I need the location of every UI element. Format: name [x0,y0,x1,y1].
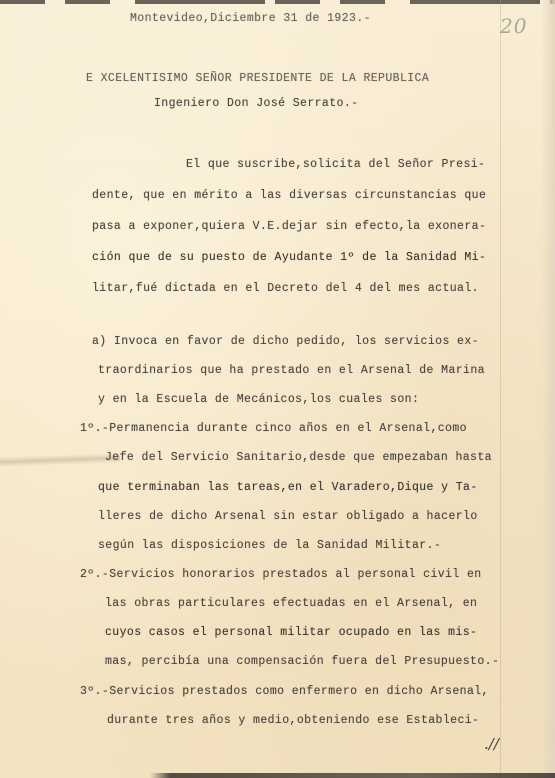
handwritten-page-number: 20 [500,14,527,38]
addressee-name: Ingeniero Don José Serrato.- [154,97,358,111]
continuation-mark: .// [484,735,499,753]
item-1-line: lleres de dicho Arsenal sin estar obliga… [98,510,478,524]
item-1-line: 1º.-Permanencia durante cinco años en el… [80,422,467,436]
item-3-line: durante tres años y medio,obteniendo ese… [107,714,479,728]
intro-line: El que suscribe,solicita del Señor Presi… [186,158,485,172]
item-3-line: 3º.-Servicios prestados como enfermero e… [80,685,489,699]
item-1-line: según las disposiciones de la Sanidad Mi… [98,539,441,553]
addressee-title: E XCELENTISIMO SEÑOR PRESIDENTE DE LA RE… [86,72,429,86]
date-line: Montevideo,Diciembre 31 de 1923.- [130,12,371,26]
intro-line: pasa a exponer,quiera V.E.dejar sin efec… [92,220,486,234]
page-edge-shadow [541,0,555,778]
torn-top-edge [0,0,555,4]
item-2-line: 2º.-Servicios honorarios prestados al pe… [80,568,482,582]
item-2-line: cuyos casos el personal militar ocupado … [105,626,477,640]
item-2-line: mas, percibía una compensación fuera del… [105,655,499,669]
paper-fold-mark [0,453,120,467]
item-2-line: las obras particulares efectuadas en el … [105,597,477,611]
intro-line: dente, que en mérito a las diversas circ… [92,189,486,203]
intro-line: litar,fué dictada en el Decreto del 4 de… [92,282,479,296]
item-1-line: que terminaban las tareas,en el Varadero… [98,481,478,495]
section-a-line: a) Invoca en favor de dicho pedido, los … [92,335,479,349]
item-1-line: Jefe del Servicio Sanitario,desde que em… [105,451,492,465]
intro-line: ción que de su puesto de Ayudante 1º de … [92,251,486,265]
section-a-line: traordinarios que ha prestado en el Arse… [98,364,485,378]
torn-bottom-edge [0,773,555,778]
section-a-line: y en la Escuela de Mecánicos,los cuales … [98,393,419,407]
margin-rule [500,0,501,778]
document-page: 20 Montevideo,Diciembre 31 de 1923.- E X… [0,0,555,778]
